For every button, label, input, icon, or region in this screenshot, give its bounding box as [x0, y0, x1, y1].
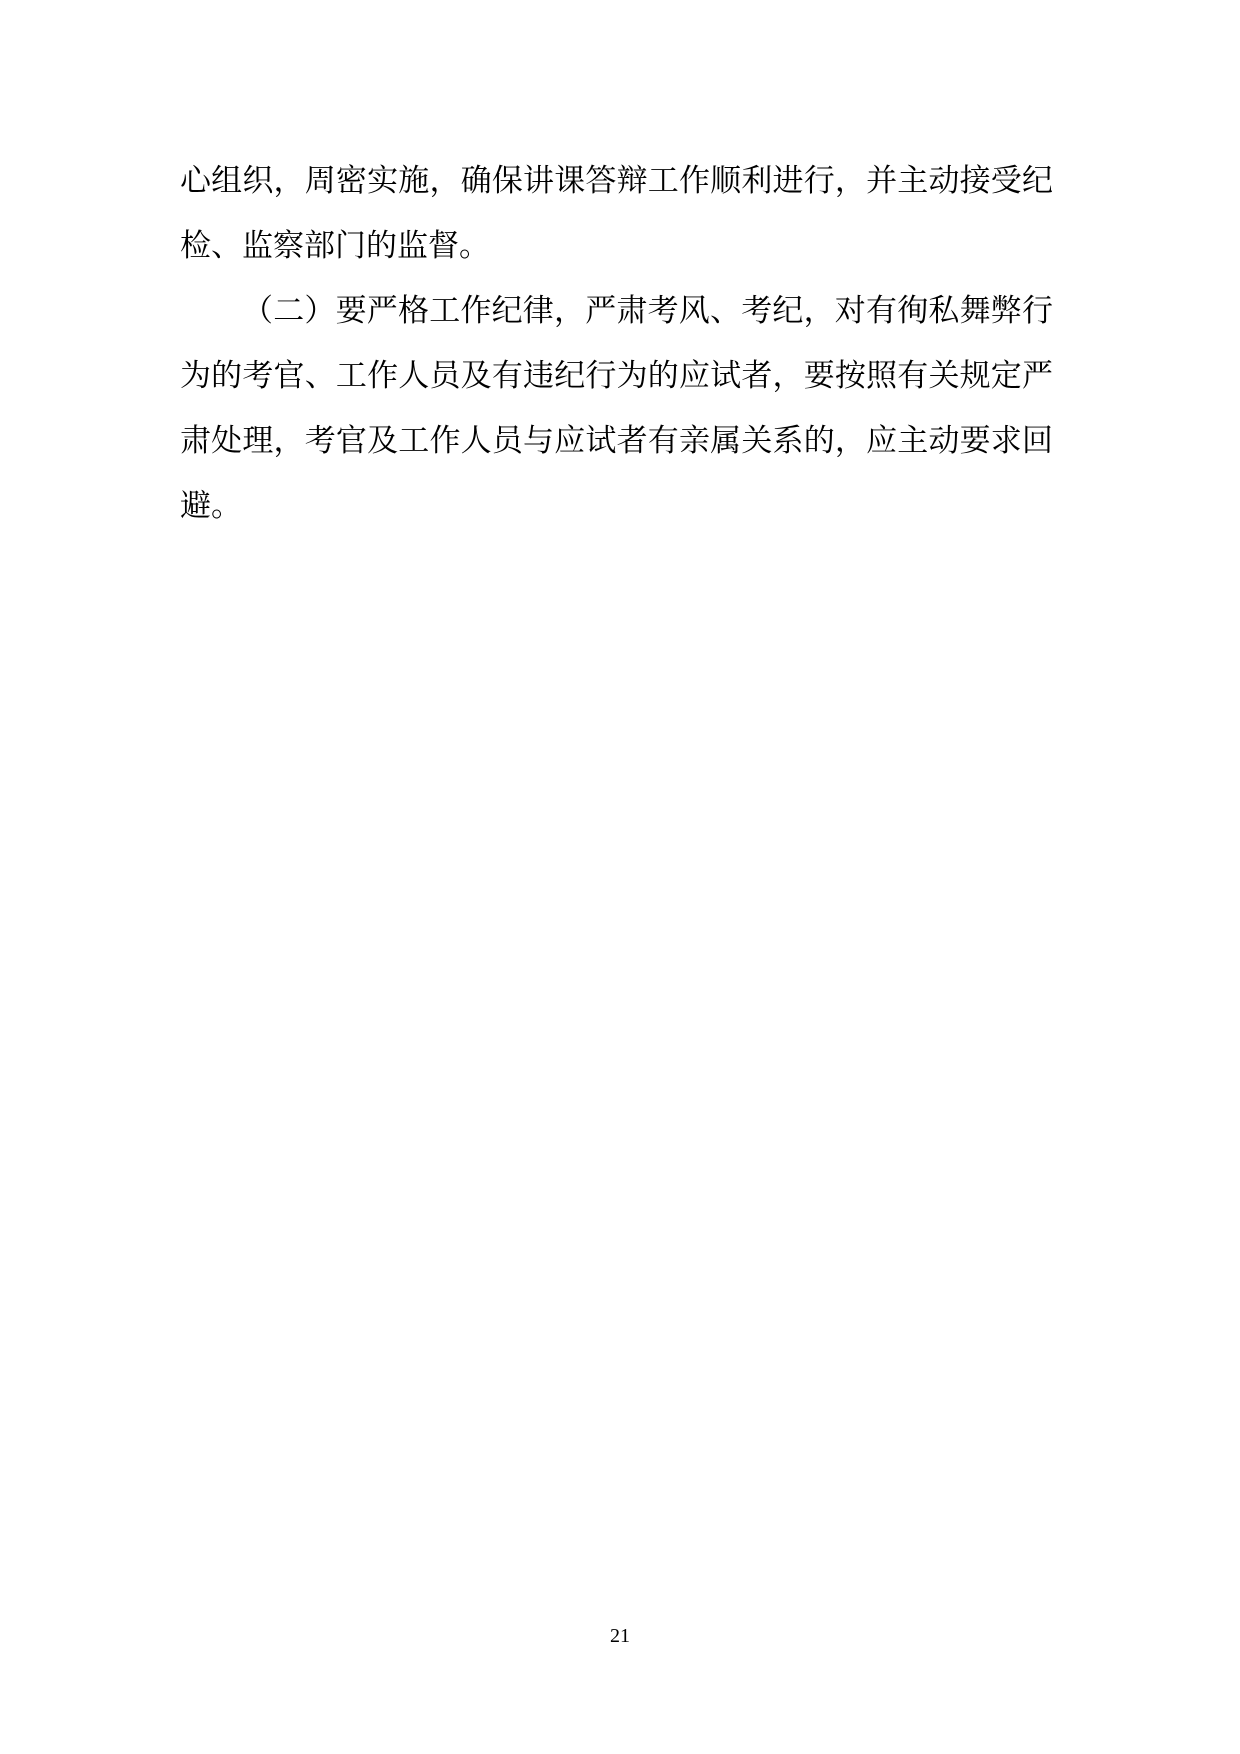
document-body: 心组织，周密实施，确保讲课答辩工作顺利进行，并主动接受纪 检、监察部门的监督。 … [180, 148, 1053, 538]
text-line: （二）要严格工作纪律，严肃考风、考纪，对有徇私舞弊行 [180, 278, 1053, 343]
text-line: 心组织，周密实施，确保讲课答辩工作顺利进行，并主动接受纪 [180, 148, 1053, 213]
text-line: 为的考官、工作人员及有违纪行为的应试者，要按照有关规定严 [180, 343, 1053, 408]
text-line: 避。 [180, 473, 1053, 538]
text-line: 肃处理，考官及工作人员与应试者有亲属关系的，应主动要求回 [180, 408, 1053, 473]
paragraph: （二）要严格工作纪律，严肃考风、考纪，对有徇私舞弊行 为的考官、工作人员及有违纪… [180, 278, 1053, 538]
text-line: 检、监察部门的监督。 [180, 213, 1053, 278]
document-page: 心组织，周密实施，确保讲课答辩工作顺利进行，并主动接受纪 检、监察部门的监督。 … [0, 0, 1240, 1754]
paragraph: 心组织，周密实施，确保讲课答辩工作顺利进行，并主动接受纪 检、监察部门的监督。 [180, 148, 1053, 278]
page-number: 21 [0, 1624, 1240, 1648]
